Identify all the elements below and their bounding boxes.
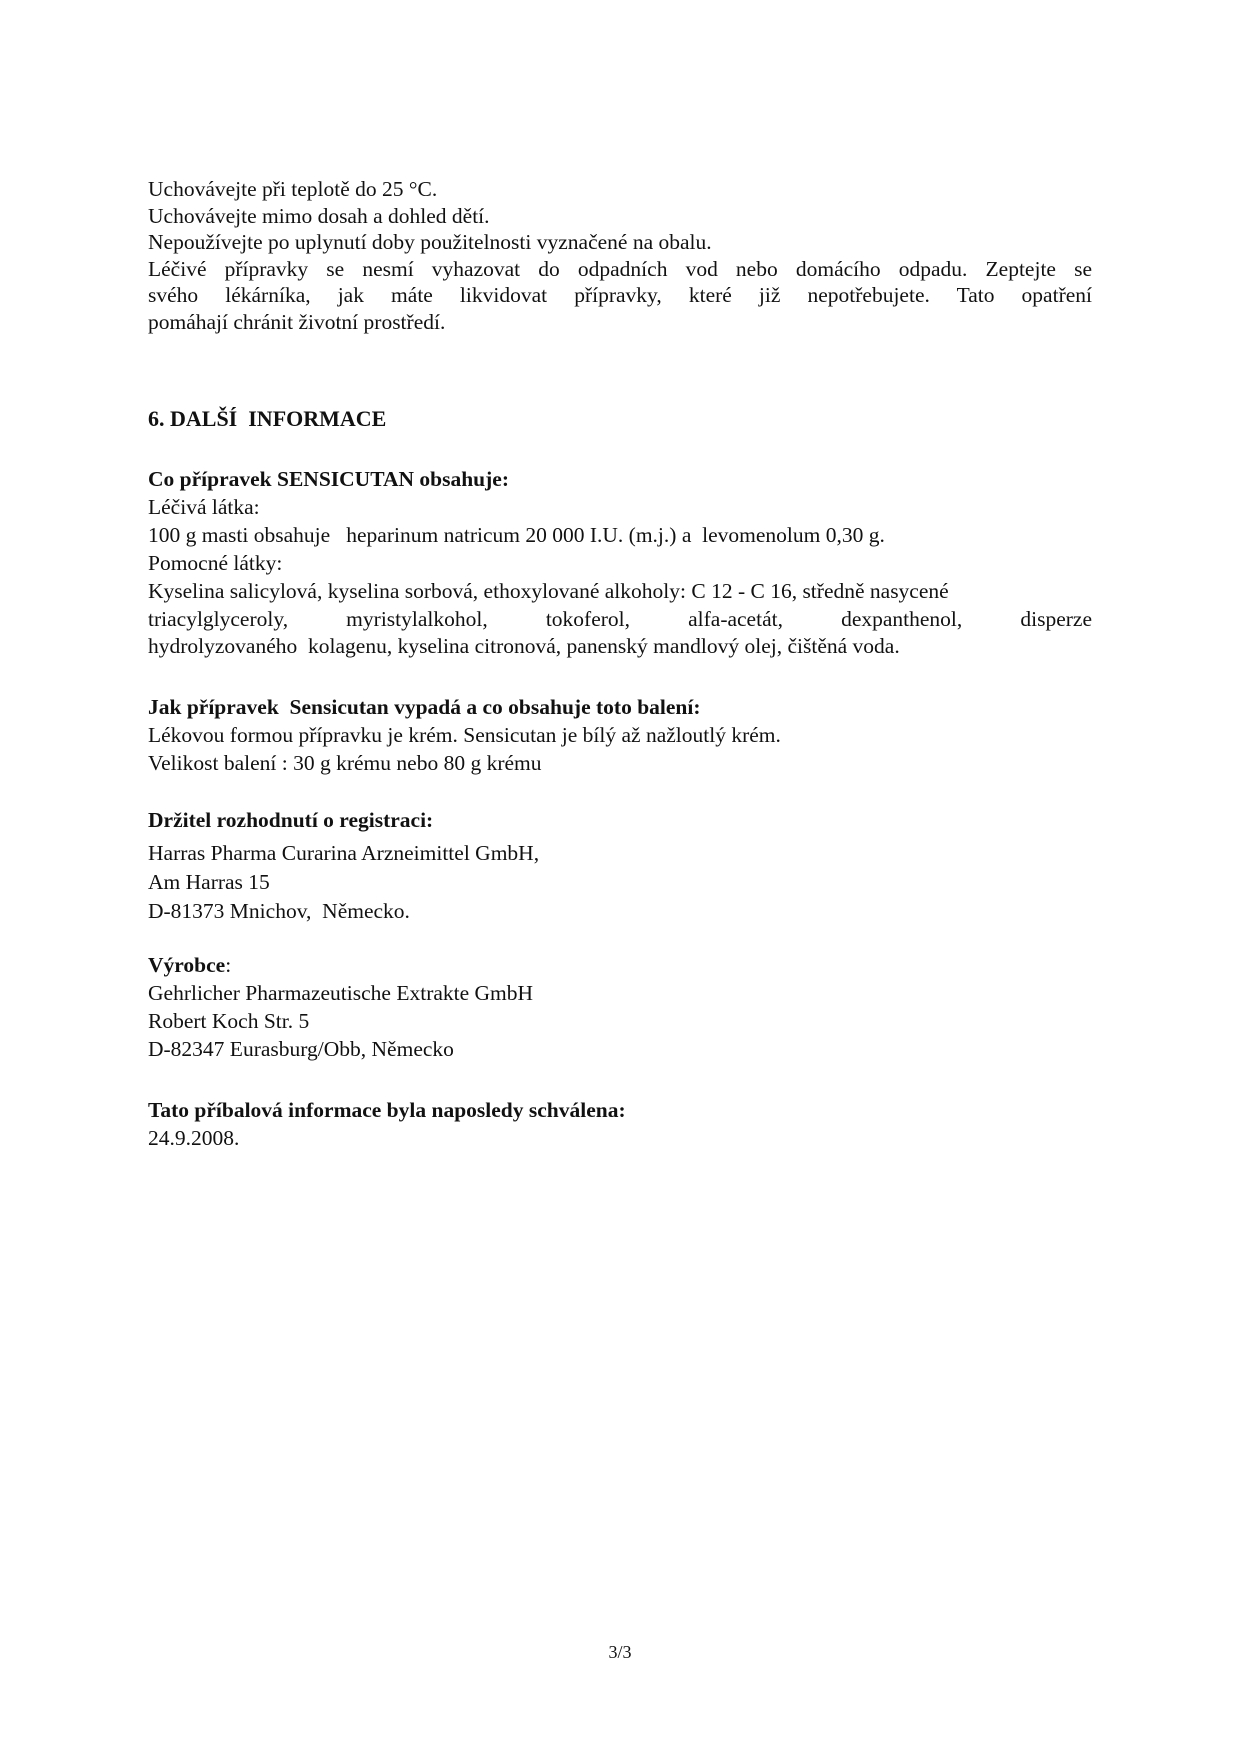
- storage-children: Uchovávejte mimo dosah a dohled dětí.: [148, 203, 1092, 230]
- manufacturer-heading: Výrobce:: [148, 951, 1092, 979]
- disposal-line-1: Léčivé přípravky se nesmí vyhazovat do o…: [148, 256, 1092, 283]
- holder-heading: Držitel rozhodnutí o registraci:: [148, 806, 1092, 835]
- holder-street: Am Harras 15: [148, 868, 1092, 897]
- manufacturer-block: Výrobce: Gehrlicher Pharmazeutische Extr…: [148, 951, 1092, 1063]
- manufacturer-city: D-82347 Eurasburg/Obb, Německo: [148, 1035, 1092, 1063]
- manufacturer-company: Gehrlicher Pharmazeutische Extrakte GmbH: [148, 979, 1092, 1007]
- storage-temperature: Uchovávejte při teplotě do 25 °C.: [148, 176, 1092, 203]
- holder-block: Držitel rozhodnutí o registraci: Harras …: [148, 806, 1092, 926]
- holder-address: Harras Pharma Curarina Arzneimittel GmbH…: [148, 839, 1092, 926]
- active-substance-label: Léčivá látka:: [148, 493, 1092, 521]
- holder-city: D-81373 Mnichov, Německo.: [148, 897, 1092, 926]
- holder-company: Harras Pharma Curarina Arzneimittel GmbH…: [148, 839, 1092, 868]
- composition-heading: Co přípravek SENSICUTAN obsahuje:: [148, 465, 1092, 493]
- excipients-line-2: triacylglyceroly, myristylalkohol, tokof…: [148, 605, 1092, 632]
- composition-block: Co přípravek SENSICUTAN obsahuje: Léčivá…: [148, 465, 1092, 660]
- approval-heading: Tato příbalová informace byla naposledy …: [148, 1096, 1092, 1124]
- active-substance-text: 100 g masti obsahuje heparinum natricum …: [148, 521, 1092, 549]
- storage-paragraph: Uchovávejte při teplotě do 25 °C. Uchová…: [148, 176, 1092, 335]
- disposal-line-3: pomáhají chránit životní prostředí.: [148, 309, 1092, 336]
- appearance-line-1: Lékovou formou přípravku je krém. Sensic…: [148, 721, 1092, 749]
- manufacturer-heading-label: Výrobce: [148, 953, 225, 977]
- appearance-block: Jak přípravek Sensicutan vypadá a co obs…: [148, 693, 1092, 777]
- manufacturer-street: Robert Koch Str. 5: [148, 1007, 1092, 1035]
- storage-expiry: Nepoužívejte po uplynutí doby použitelno…: [148, 229, 1092, 256]
- excipients-label: Pomocné látky:: [148, 549, 1092, 577]
- manufacturer-heading-colon: :: [225, 953, 231, 977]
- section-title: 6. DALŠÍ INFORMACE: [148, 406, 386, 432]
- excipients-line-3: hydrolyzovaného kolagenu, kyselina citro…: [148, 632, 1092, 660]
- page-number: 3/3: [0, 1642, 1240, 1663]
- excipients-line-1: Kyselina salicylová, kyselina sorbová, e…: [148, 577, 1092, 605]
- disposal-line-2: svého lékárníka, jak máte likvidovat pří…: [148, 282, 1092, 309]
- appearance-heading: Jak přípravek Sensicutan vypadá a co obs…: [148, 693, 1092, 721]
- approval-block: Tato příbalová informace byla naposledy …: [148, 1096, 1092, 1152]
- appearance-line-2: Velikost balení : 30 g krému nebo 80 g k…: [148, 749, 1092, 777]
- approval-date: 24.9.2008.: [148, 1124, 1092, 1152]
